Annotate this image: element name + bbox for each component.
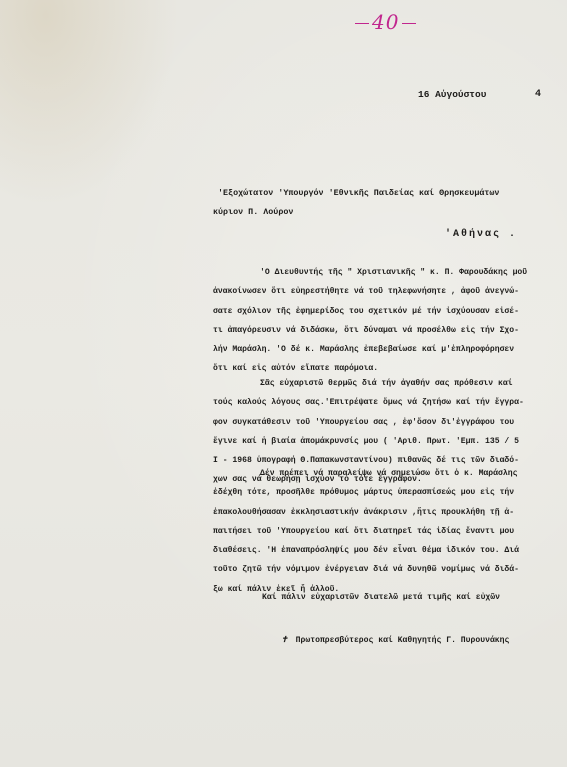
text-line: ἐδέχθη τότε, προσῆλθε πρόθυμος μάρτυς ὑπ… (213, 483, 553, 502)
text-line: Σᾶς εὐχαριστῶ θερμῶς διά τήν ἀγαθήν σας … (213, 374, 553, 393)
text-line: φον συγκατάθεσιν τοῦ 'Υπουργείου σας , ἐ… (213, 413, 553, 432)
signature-text: Πρωτοπρεσβύτερος καί Καθηγητής Γ. Πυρουν… (296, 636, 510, 645)
text-line: παιτήσει τοῦ 'Υπουργείου καί ὅτι διατηρε… (213, 522, 553, 541)
paragraph-3: Δέν πρέπει νά παραλείψω νά σημειώσω ὅτι … (213, 464, 553, 599)
addressee-line-1: 'Εξοχώτατον 'Υπουργόν 'Εθνικῆς Παιδείας … (218, 188, 499, 198)
date-line: 16 Αὐγούστου (418, 89, 486, 100)
text-line: Δέν πρέπει νά παραλείψω νά σημειώσω ὅτι … (213, 464, 553, 483)
text-line: λήν Μαράσλη. 'Ο δέ κ. Μαράσλης ἐπεβεβαίω… (213, 340, 553, 359)
city-line: 'Αθήνας . (445, 229, 517, 240)
document-page: 40 16 Αὐγούστου 4 'Εξοχώτατον 'Υπουργόν … (0, 0, 567, 767)
text-line: τι ἀπαγόρευσιν νά διδάσκω, ὅτι δύναμαι ν… (213, 321, 553, 340)
text-line: ἔγινε καί ἡ βιαία ἀπομάκρυνσίς μου ( 'Αρ… (213, 432, 553, 451)
text-line: 'Ο Διευθυντής τῆς " Χριστιανικῆς " κ. Π.… (213, 263, 553, 282)
text-line: διαθέσεις. 'Η ἐπαναπρόσληψίς μου δέν εἶν… (213, 541, 553, 560)
paragraph-1: 'Ο Διευθυντής τῆς " Χριστιανικῆς " κ. Π.… (213, 263, 553, 379)
text-line: τούς καλούς λόγους σας.'Επιτρέψατε ὅμως … (213, 393, 553, 412)
page-number: 4 (535, 89, 541, 100)
closing-line: Καί πάλιν εὐχαριστῶν διατελῶ μετά τιμῆς … (262, 593, 500, 602)
cross-icon: ✝ (281, 636, 288, 645)
signature-line: ✝ Πρωτοπρεσβύτερος καί Καθηγητής Γ. Πυρο… (281, 634, 509, 645)
text-line: σατε σχόλιον τῆς ἐφημερίδος του σχετικόν… (213, 302, 553, 321)
addressee-line-2: κύριον Π. Λούρον (213, 207, 293, 217)
text-line: ἐπακολουθήσασαν ἐκκλησιαστικήν ἀνάκρισιν… (213, 503, 553, 522)
handwritten-page-number: 40 (352, 10, 419, 34)
text-line: τοῦτο ζητῶ τήν νόμιμον ἐνέργειαν διά νά … (213, 560, 553, 579)
text-line: ἀνακοίνωσεν ὅτι εὐηρεστήθητε νά τοῦ τηλε… (213, 282, 553, 301)
